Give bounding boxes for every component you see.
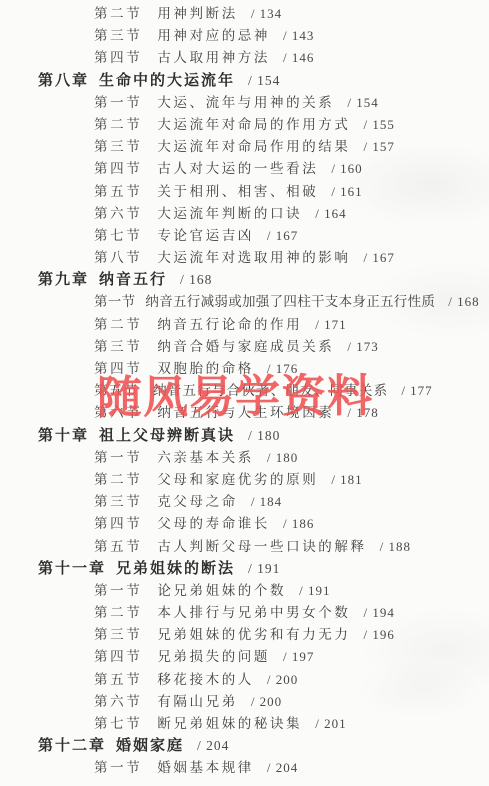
toc-entry-page: / 200 [251, 694, 282, 709]
toc-entry-label: 第七节 [94, 716, 142, 731]
toc-entry-page: / 200 [267, 672, 298, 687]
toc-section-row: 第三节大运流年对命局作用的结果/ 157 [0, 136, 489, 158]
toc-entry-title: 六亲基本关系 [157, 450, 254, 465]
toc-entry-title: 大运流年判断的口诀 [157, 206, 302, 221]
toc-entry-label: 第四节 [94, 161, 142, 176]
toc-entry-page: / 161 [331, 184, 362, 199]
toc-entry-title: 纳音五行减弱或加强了四柱干支本身正五行性质 [145, 294, 435, 309]
toc-entry-title: 纳音五行与合伙者、朋友、同事关系 [153, 383, 388, 398]
toc-section-row: 第三节兄弟姐妹的优劣和有力无力/ 196 [0, 624, 489, 646]
toc-chapter-row: 第十章祖上父母辨断真诀/ 180 [0, 425, 489, 447]
toc-entry-title: 古人取用神方法 [157, 50, 270, 65]
toc-entry-label: 第一节 [94, 450, 142, 465]
toc-chapter-row: 第八章生命中的大运流年/ 154 [0, 70, 489, 92]
toc-entry-page: / 167 [364, 250, 395, 265]
toc-entry-page: / 168 [180, 272, 212, 287]
toc-entry-title: 双胞胎的命格 [157, 361, 254, 376]
toc-entry-title: 纳音合婚与家庭成员关系 [157, 339, 334, 354]
toc-entry-label: 第八章 [38, 73, 89, 89]
toc-section-row: 第一节纳音五行减弱或加强了四柱干支本身正五行性质/ 168 [0, 291, 489, 313]
toc-entry-title: 婚姻家庭 [116, 738, 184, 754]
toc-entry-page: / 191 [248, 561, 280, 576]
toc-entry-page: / 154 [347, 95, 378, 110]
toc-entry-label: 第四节 [94, 649, 142, 664]
toc-entry-page: / 186 [283, 516, 314, 531]
toc-entry-label: 第二节 [94, 605, 142, 620]
toc-entry-page: / 173 [347, 339, 378, 354]
toc-entry-title: 纳音五行与人生环境因素 [157, 405, 334, 420]
toc-entry-page: / 164 [315, 206, 346, 221]
toc-entry-page: / 157 [364, 139, 395, 154]
toc-section-row: 第五节纳音五行与合伙者、朋友、同事关系/ 177 [0, 380, 489, 402]
toc-section-row: 第五节关于相刑、相害、相破/ 161 [0, 181, 489, 203]
toc-entry-label: 第三节 [94, 494, 142, 509]
toc-section-row: 第三节纳音合婚与家庭成员关系/ 173 [0, 336, 489, 358]
toc-section-row: 第八节大运流年对选取用神的影响/ 167 [0, 247, 489, 269]
toc-entry-label: 第二节 [94, 317, 142, 332]
table-of-contents: 第二节用神判断法/ 134第三节用神对应的忌神/ 143第四节古人取用神方法/ … [0, 3, 489, 780]
toc-entry-title: 有隔山兄弟 [157, 694, 238, 709]
toc-entry-label: 第五节 [94, 539, 142, 554]
toc-section-row: 第一节婚姻基本规律/ 204 [0, 757, 489, 779]
toc-section-row: 第六节大运流年判断的口诀/ 164 [0, 203, 489, 225]
toc-entry-label: 第六节 [94, 206, 142, 221]
toc-entry-title: 专论官运吉凶 [157, 228, 254, 243]
toc-section-row: 第五节古人判断父母一些口诀的解释/ 188 [0, 536, 489, 558]
toc-entry-page: / 160 [331, 161, 362, 176]
toc-entry-page: / 167 [267, 228, 298, 243]
toc-entry-title: 移花接木的人 [157, 672, 254, 687]
toc-entry-title: 断兄弟姐妹的秘诀集 [157, 716, 302, 731]
toc-entry-label: 第三节 [94, 627, 142, 642]
toc-section-row: 第三节克父母之命/ 184 [0, 491, 489, 513]
toc-entry-label: 第十一章 [38, 561, 106, 577]
toc-entry-title: 古人对大运的一些看法 [157, 161, 318, 176]
toc-entry-title: 关于相刑、相害、相破 [157, 184, 318, 199]
toc-section-row: 第二节大运流年对命局的作用方式/ 155 [0, 114, 489, 136]
toc-entry-title: 兄弟姐妹的断法 [116, 561, 235, 577]
toc-chapter-row: 第十一章兄弟姐妹的断法/ 191 [0, 558, 489, 580]
toc-entry-label: 第十章 [38, 428, 89, 444]
toc-entry-title: 纳音五行论命的作用 [157, 317, 302, 332]
toc-entry-label: 第七节 [94, 228, 142, 243]
toc-section-row: 第一节大运、流年与用神的关系/ 154 [0, 92, 489, 114]
toc-section-row: 第二节本人排行与兄弟中男女个数/ 194 [0, 602, 489, 624]
toc-entry-title: 父母和家庭优劣的原则 [157, 472, 318, 487]
toc-section-row: 第五节移花接木的人/ 200 [0, 669, 489, 691]
toc-entry-page: / 134 [251, 6, 282, 21]
toc-section-row: 第四节双胞胎的命格/ 176 [0, 358, 489, 380]
toc-entry-page: / 188 [380, 539, 411, 554]
toc-entry-page: / 155 [364, 117, 395, 132]
toc-entry-label: 第六节 [94, 405, 142, 420]
toc-entry-page: / 171 [315, 317, 346, 332]
toc-entry-label: 第一节 [94, 294, 135, 309]
toc-entry-page: / 176 [267, 361, 298, 376]
toc-entry-title: 论兄弟姐妹的个数 [157, 583, 286, 598]
toc-entry-page: / 146 [283, 50, 314, 65]
toc-entry-title: 生命中的大运流年 [99, 73, 235, 89]
toc-entry-label: 第三节 [94, 339, 142, 354]
toc-entry-label: 第一节 [94, 95, 142, 110]
toc-entry-label: 第二节 [94, 117, 142, 132]
toc-section-row: 第七节断兄弟姐妹的秘诀集/ 201 [0, 713, 489, 735]
toc-section-row: 第六节有隔山兄弟/ 200 [0, 691, 489, 713]
toc-entry-page: / 196 [364, 627, 395, 642]
toc-entry-page: / 154 [248, 73, 280, 88]
toc-entry-page: / 180 [267, 450, 298, 465]
toc-section-row: 第四节古人取用神方法/ 146 [0, 47, 489, 69]
toc-entry-label: 第二节 [94, 6, 142, 21]
toc-entry-label: 第五节 [94, 672, 142, 687]
toc-entry-label: 第四节 [94, 50, 142, 65]
toc-section-row: 第二节纳音五行论命的作用/ 171 [0, 314, 489, 336]
toc-entry-page: / 194 [364, 605, 395, 620]
toc-entry-page: / 168 [448, 294, 479, 309]
toc-entry-label: 第四节 [94, 361, 142, 376]
toc-entry-label: 第一节 [94, 583, 142, 598]
toc-entry-title: 大运流年对命局作用的结果 [157, 139, 350, 154]
toc-entry-page: / 184 [251, 494, 282, 509]
toc-entry-label: 第三节 [94, 28, 142, 43]
toc-section-row: 第七节专论官运吉凶/ 167 [0, 225, 489, 247]
toc-entry-label: 第六节 [94, 694, 142, 709]
toc-entry-title: 祖上父母辨断真诀 [99, 428, 235, 444]
toc-entry-title: 兄弟损失的问题 [157, 649, 270, 664]
toc-entry-label: 第五节 [94, 383, 138, 398]
toc-entry-page: / 204 [197, 738, 229, 753]
toc-entry-label: 第八节 [94, 250, 142, 265]
toc-entry-page: / 201 [315, 716, 346, 731]
toc-entry-title: 古人判断父母一些口诀的解释 [157, 539, 366, 554]
toc-entry-label: 第三节 [94, 139, 142, 154]
toc-entry-page: / 143 [283, 28, 314, 43]
toc-entry-label: 第五节 [94, 184, 142, 199]
toc-entry-label: 第二节 [94, 472, 142, 487]
toc-entry-title: 用神判断法 [157, 6, 238, 21]
toc-section-row: 第一节六亲基本关系/ 180 [0, 447, 489, 469]
toc-entry-title: 大运流年对命局的作用方式 [157, 117, 350, 132]
toc-entry-page: / 191 [299, 583, 330, 598]
toc-entry-page: / 180 [248, 428, 280, 443]
toc-section-row: 第二节父母和家庭优劣的原则/ 181 [0, 469, 489, 491]
toc-entry-page: / 181 [331, 472, 362, 487]
toc-entry-title: 父母的寿命谁长 [157, 516, 270, 531]
toc-entry-label: 第一节 [94, 760, 142, 775]
toc-entry-title: 纳音五行 [99, 272, 167, 288]
toc-entry-page: / 197 [283, 649, 314, 664]
toc-section-row: 第四节古人对大运的一些看法/ 160 [0, 158, 489, 180]
toc-entry-label: 第十二章 [38, 738, 106, 754]
toc-entry-page: / 178 [347, 405, 378, 420]
toc-entry-label: 第四节 [94, 516, 142, 531]
toc-entry-title: 兄弟姐妹的优劣和有力无力 [157, 627, 350, 642]
toc-entry-page: / 177 [401, 383, 432, 398]
toc-entry-title: 大运、流年与用神的关系 [157, 95, 334, 110]
toc-entry-title: 用神对应的忌神 [157, 28, 270, 43]
toc-entry-label: 第九章 [38, 272, 89, 288]
toc-entry-page: / 204 [267, 760, 298, 775]
toc-section-row: 第六节纳音五行与人生环境因素/ 178 [0, 402, 489, 424]
toc-entry-title: 克父母之命 [157, 494, 238, 509]
toc-section-row: 第四节兄弟损失的问题/ 197 [0, 646, 489, 668]
toc-section-row: 第一节论兄弟姐妹的个数/ 191 [0, 580, 489, 602]
toc-entry-title: 婚姻基本规律 [157, 760, 254, 775]
toc-section-row: 第四节父母的寿命谁长/ 186 [0, 513, 489, 535]
toc-section-row: 第二节用神判断法/ 134 [0, 3, 489, 25]
toc-chapter-row: 第九章纳音五行/ 168 [0, 269, 489, 291]
toc-entry-title: 本人排行与兄弟中男女个数 [157, 605, 350, 620]
toc-entry-title: 大运流年对选取用神的影响 [157, 250, 350, 265]
toc-chapter-row: 第十二章婚姻家庭/ 204 [0, 735, 489, 757]
toc-section-row: 第三节用神对应的忌神/ 143 [0, 25, 489, 47]
